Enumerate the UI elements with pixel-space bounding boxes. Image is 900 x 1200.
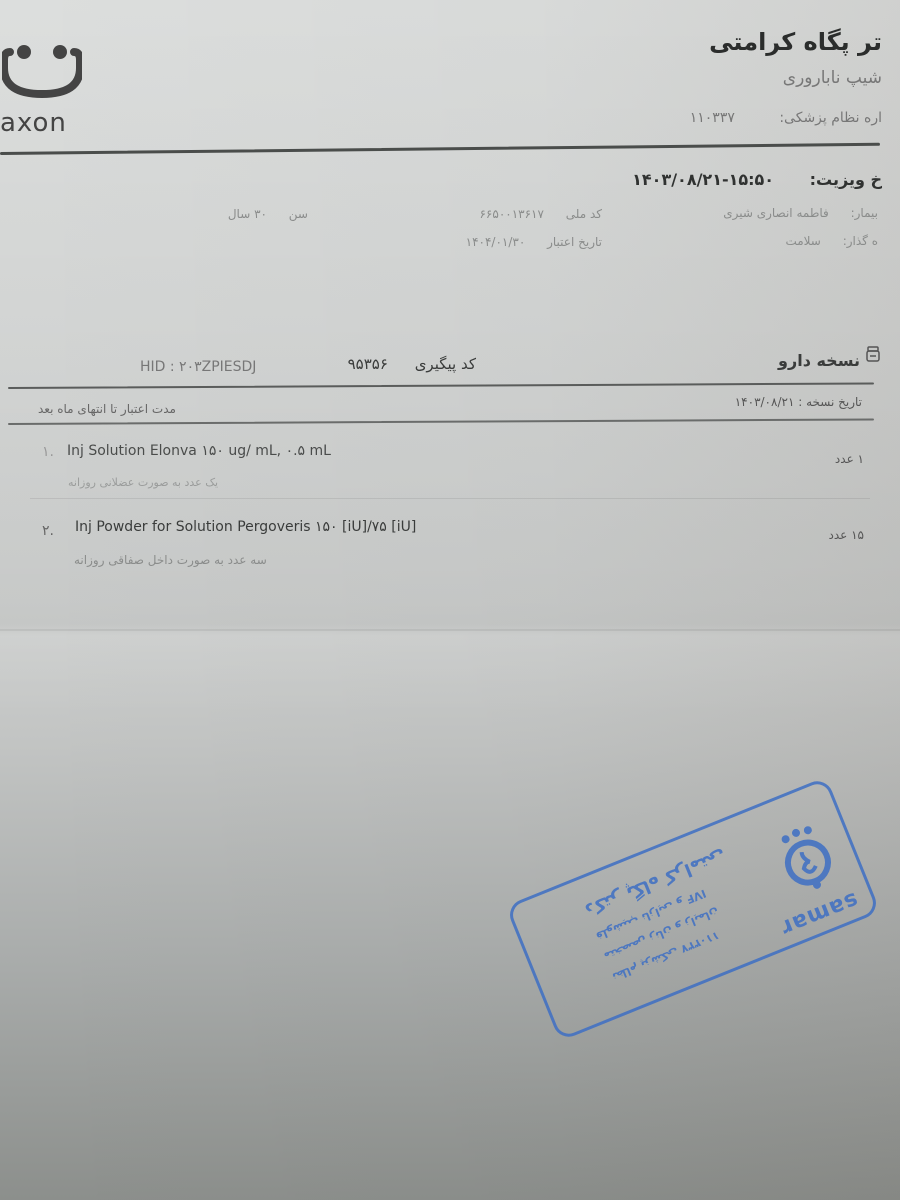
prescription-title: نسخه دارو [778,351,860,370]
item-separator [30,498,870,499]
drug-quantity: ۱ عدد [835,452,864,466]
prescription-divider-bottom [8,418,874,425]
tracking-label: کد پیگیری [415,355,476,373]
samar-logo-icon [767,815,845,901]
drug-name: Inj Solution Elonva ۱۵۰ ug/ mL, ۰.۵ mL [67,443,331,459]
tracking-code: کد پیگیری ۹۵۳۵۶ [348,355,476,373]
age-label: سن [289,207,308,221]
validity-label: تاریخ اعتبار [547,235,602,249]
patient-value: فاطمه انصاری شیری [723,206,829,220]
drug-name: Inj Powder for Solution Pergoveris ۱۵۰ [… [75,519,416,535]
logo-text: axon [0,108,67,138]
hid-code: HID : ۲۰۳ZPIESDJ [140,359,256,375]
prescription-validity-note: مدت اعتبار تا انتهای ماه بعد [38,402,176,416]
insurance-label: ه گذار: [843,234,878,248]
medical-council-code: اره نظام پزشکی: ۱۱۰۳۳۷ [690,110,882,126]
insurance: ه گذار: سلامت [785,234,878,248]
visit-date-value: ۱۵:۵۰-۱۴۰۳/۰۸/۲۱ [632,170,774,189]
item-number: ۱. [42,444,54,460]
visit-date: خ ویزیت: ۱۵:۵۰-۱۴۰۳/۰۸/۲۱ [632,170,882,189]
prescription-date: تاریخ نسخه : ۱۴۰۳/۰۸/۲۱ [735,395,862,409]
validity-value: ۱۴۰۴/۰۱/۳۰ [466,235,526,249]
doctor-name: تر پگاه کرامتی [709,28,882,56]
patient-label: بیمار: [851,206,878,220]
stamp-brand: samar [777,887,862,941]
header-divider [0,143,880,155]
visit-date-label: خ ویزیت: [810,170,882,189]
patient-name: بیمار: فاطمه انصاری شیری [723,206,878,220]
drug-dosage: سه عدد به صورت داخل صفاقی روزانه [74,553,267,567]
national-id-value: ۶۶۵۰۰۱۳۶۱۷ [479,207,543,221]
age-value: ۳۰ سال [228,207,267,221]
axon-smile-icon [2,38,82,98]
rx-date-value: ۱۴۰۳/۰۸/۲۱ [735,395,795,409]
tracking-value: ۹۵۳۵۶ [348,355,388,373]
med-code-value: ۱۱۰۳۳۷ [690,110,735,126]
insurance-value: سلامت [785,234,820,248]
paper-fold [0,629,900,631]
drug-quantity: ۱۵ عدد [828,528,864,542]
prescription-divider-top [8,382,874,389]
insurance-validity: تاریخ اعتبار ۱۴۰۴/۰۱/۳۰ [466,235,602,249]
drug-dosage: یک عدد به صورت عضلانی روزانه [68,476,218,489]
national-id-label: کد ملی [566,207,602,221]
doctor-stamp: samar نظام پزشکی ۱۱۰۳۳۷ متخصص زنان و زای… [505,777,880,1042]
pill-bottle-icon [866,346,880,362]
item-number: ۲. [42,523,54,539]
med-code-label: اره نظام پزشکی: [779,110,882,126]
national-id: کد ملی ۶۶۵۰۰۱۳۶۱۷ [479,207,602,221]
specialty: شیپ ناباروری [783,68,882,88]
patient-age: سن ۳۰ سال [228,207,308,221]
rx-date-label: تاریخ نسخه : [798,395,862,409]
